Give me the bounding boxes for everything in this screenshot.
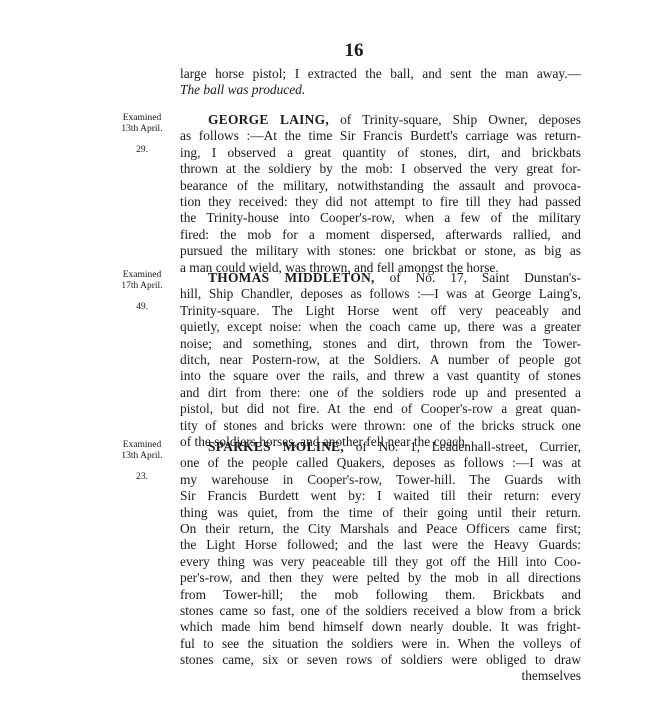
text-line: as follows :—At the time Sir Francis Bur… — [180, 128, 581, 144]
margin-examined-label: Examined — [112, 270, 172, 281]
margin-examined-label: Examined — [112, 440, 172, 451]
text-line: thrown at the soldiery by the mob: I obs… — [180, 161, 581, 177]
text-line: into the square over the rails, and thre… — [180, 368, 581, 384]
text-line: the Trinity-house into Cooper's-row, whe… — [180, 210, 581, 226]
text-line: Trinity-square. The Light Horse went off… — [180, 303, 581, 319]
text-line: tion they received: they did not attempt… — [180, 194, 581, 210]
margin-note-examined: Examined 13th April. — [112, 113, 172, 135]
text-line: stones came, six or seven rows of soldie… — [180, 652, 581, 668]
margin-number: 29. — [112, 145, 172, 155]
text-line: hill, Ship Chandler, deposes as follows … — [180, 286, 581, 302]
catchword: themselves — [180, 668, 581, 684]
margin-date: 13th April. — [112, 451, 172, 462]
deposition-first-line: THOMAS MIDDLETON, of No. 17, Saint Dunst… — [180, 270, 581, 286]
text-line: large horse pistol; I extracted the ball… — [180, 66, 581, 82]
deposition-thomas-middleton: THOMAS MIDDLETON, of No. 17, Saint Dunst… — [180, 270, 581, 450]
text-line: fired: the mob for a moment dispersed, a… — [180, 227, 581, 243]
deponent-name: THOMAS MIDDLETON, — [208, 270, 375, 285]
deposition-george-laing: GEORGE LAING, of Trinity-square, Ship Ow… — [180, 112, 581, 276]
margin-date: 17th April. — [112, 281, 172, 292]
text-line: ing, I observed a great quantity of ston… — [180, 145, 581, 161]
text-line: tity of stones and bricks were thrown: o… — [180, 418, 581, 434]
text-line: ful to see the situation the soldiers we… — [180, 636, 581, 652]
text-line: bearance of the military, notwithstandin… — [180, 178, 581, 194]
text-line: my warehouse in Cooper's-row, Tower-hill… — [180, 472, 581, 488]
first-line-text: of No. 17, Saint Dunstan's- — [375, 270, 581, 285]
deposition-sparkes-moline: SPARKES MOLINE, of No. 1, Leadenhall-str… — [180, 439, 581, 685]
margin-note-examined: Examined 13th April. — [112, 440, 172, 462]
page-number: 16 — [0, 40, 658, 62]
text-line: noise; and something, stones and dirt, t… — [180, 336, 581, 352]
margin-number: 49. — [112, 302, 172, 312]
margin-date: 13th April. — [112, 124, 172, 135]
margin-examined-label: Examined — [112, 113, 172, 124]
text-line: per's-row, and then they were pelted by … — [180, 570, 581, 586]
text-line: and dirt from there: one of the soldiers… — [180, 385, 581, 401]
deposition-first-line: SPARKES MOLINE, of No. 1, Leadenhall-str… — [180, 439, 581, 455]
italic-note: The ball was produced. — [180, 82, 581, 98]
text-line: every thing was very peaceable till they… — [180, 554, 581, 570]
text-line: from Tower-hill; the mob following them.… — [180, 587, 581, 603]
text-line: pistol, but did not fire. At the end of … — [180, 401, 581, 417]
text-line: Sir Francis Burdett went by: I waited ti… — [180, 488, 581, 504]
text-line: stones came so fast, one of the soldiers… — [180, 603, 581, 619]
deponent-name: GEORGE LAING, — [208, 112, 329, 127]
text-line: which made him bend himself down nearly … — [180, 619, 581, 635]
text-line: pursued the military with stones: one br… — [180, 243, 581, 259]
first-line-text: of Trinity-square, Ship Owner, deposes — [329, 112, 581, 127]
first-line-text: of No. 1, Leadenhall-street, Currier, — [344, 439, 581, 454]
text-line: thing was quiet, from the time of their … — [180, 505, 581, 521]
opening-paragraph: large horse pistol; I extracted the ball… — [180, 66, 581, 99]
margin-note-examined: Examined 17th April. — [112, 270, 172, 292]
deposition-first-line: GEORGE LAING, of Trinity-square, Ship Ow… — [180, 112, 581, 128]
text-line: quietly, except noise: when the coach ca… — [180, 319, 581, 335]
text-line: the Light Horse followed; and the last w… — [180, 537, 581, 553]
text-line: one of the people called Quakers, depose… — [180, 455, 581, 471]
text-line: ditch, near Postern-row, at the Soldiers… — [180, 352, 581, 368]
deponent-name: SPARKES MOLINE, — [208, 439, 344, 454]
margin-number: 23. — [112, 472, 172, 482]
text-line: On their return, the City Marshals and P… — [180, 521, 581, 537]
